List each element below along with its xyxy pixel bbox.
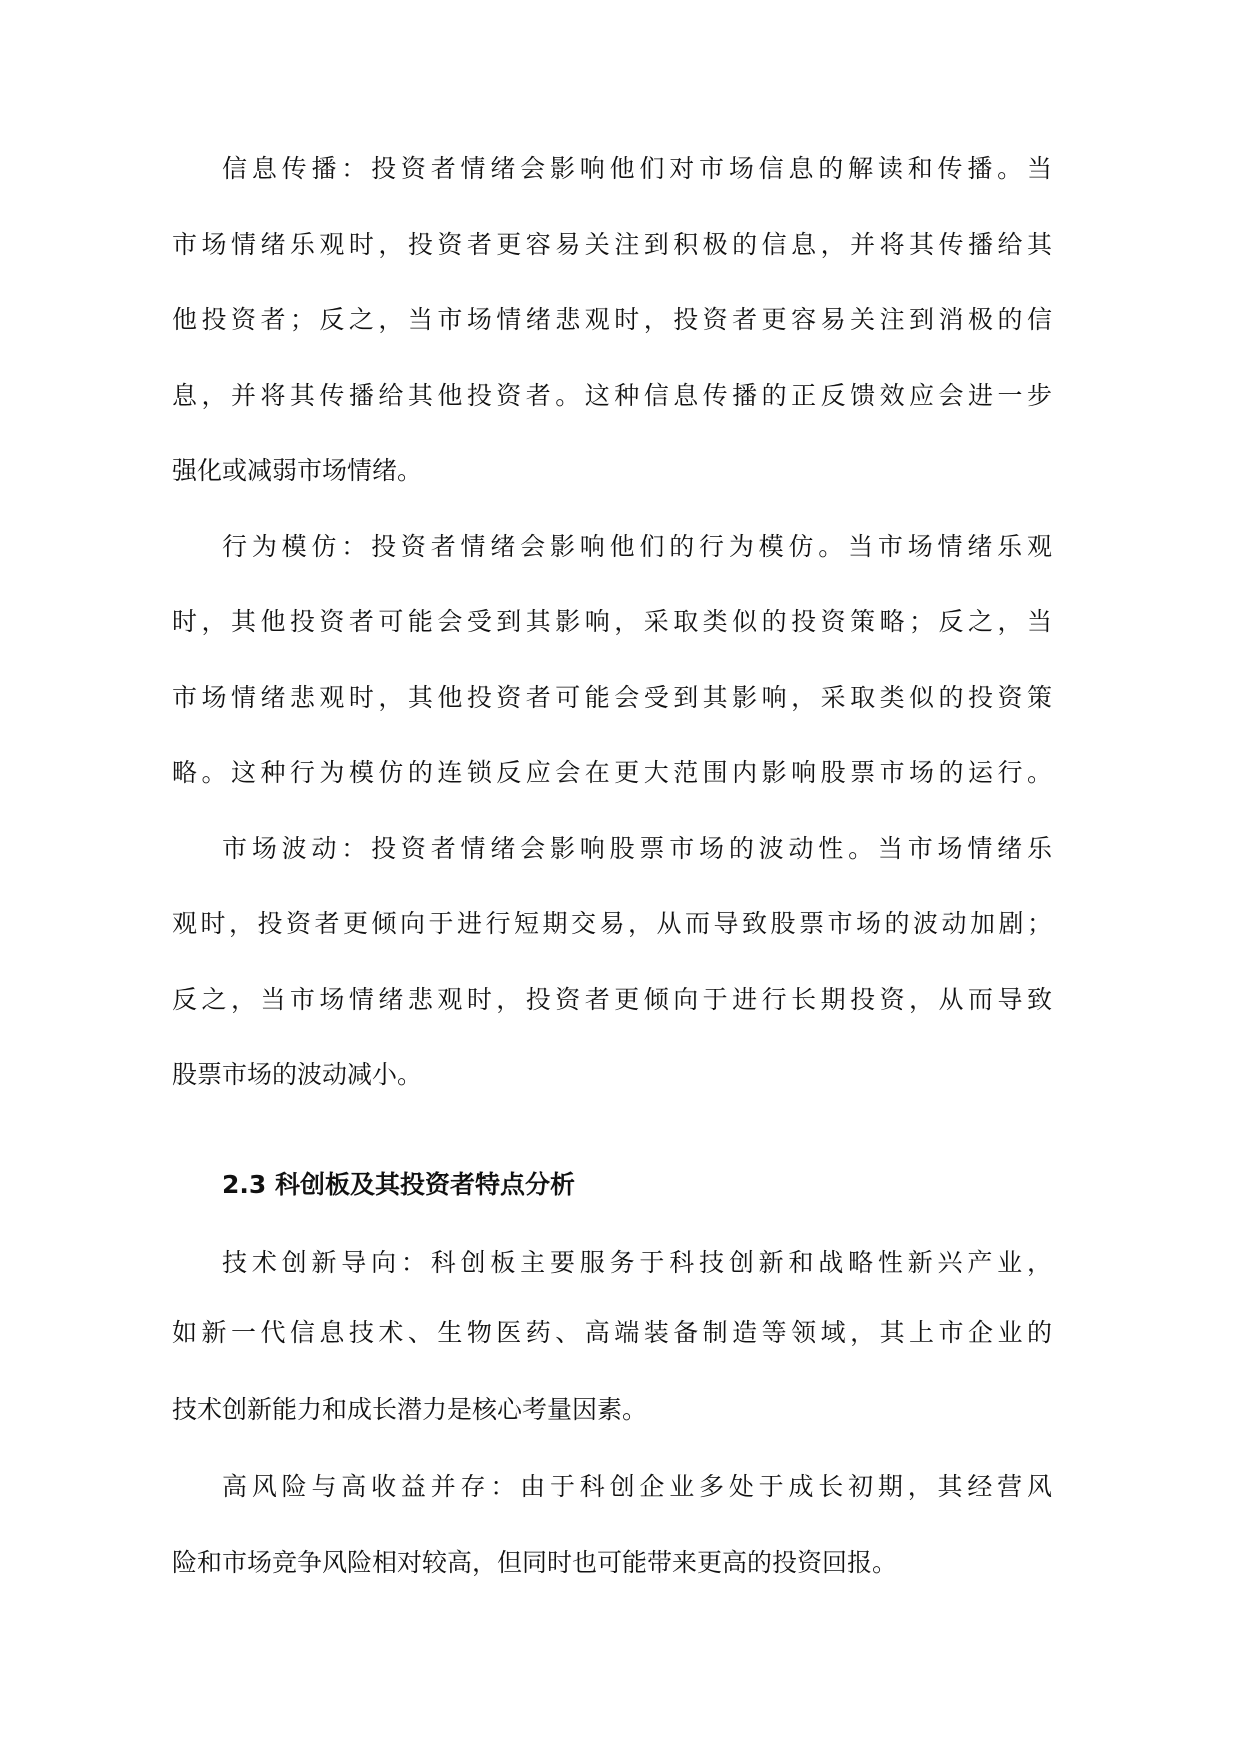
text-line: 略。这种行为模仿的连锁反应会在更大范围内影响股票市场的运行。 — [172, 758, 1052, 788]
document-page: 信息传播：投资者情绪会影响他们对市场信息的解读和传播。当 市场情绪乐观时，投资者… — [0, 0, 1241, 1754]
text-line: 市场情绪乐观时，投资者更容易关注到积极的信息，并将其传播给其 — [172, 230, 1052, 260]
text-line: 息，并将其传播给其他投资者。这种信息传播的正反馈效应会进一步 — [172, 381, 1052, 411]
section-heading: 2.3 科创板及其投资者特点分析 — [222, 1169, 575, 1201]
text-line: 险和市场竞争风险相对较高，但同时也可能带来更高的投资回报。 — [172, 1548, 1052, 1578]
text-line: 反之，当市场情绪悲观时，投资者更倾向于进行长期投资，从而导致 — [172, 985, 1052, 1015]
text-line: 高风险与高收益并存：由于科创企业多处于成长初期，其经营风 — [222, 1472, 1052, 1502]
text-line: 时，其他投资者可能会受到其影响，采取类似的投资策略；反之，当 — [172, 607, 1052, 637]
text-line: 他投资者；反之，当市场情绪悲观时，投资者更容易关注到消极的信 — [172, 305, 1052, 335]
text-line: 观时，投资者更倾向于进行短期交易，从而导致股票市场的波动加剧； — [172, 909, 1052, 939]
text-line: 技术创新能力和成长潜力是核心考量因素。 — [172, 1395, 1052, 1425]
text-line: 市场情绪悲观时，其他投资者可能会受到其影响，采取类似的投资策 — [172, 683, 1052, 713]
text-line: 技术创新导向：科创板主要服务于科技创新和战略性新兴产业， — [222, 1248, 1052, 1278]
text-line: 强化或减弱市场情绪。 — [172, 456, 1052, 486]
text-line: 股票市场的波动减小。 — [172, 1060, 1052, 1090]
text-line: 市场波动：投资者情绪会影响股票市场的波动性。当市场情绪乐 — [222, 834, 1052, 864]
text-line: 如新一代信息技术、生物医药、高端装备制造等领域，其上市企业的 — [172, 1318, 1052, 1348]
text-line: 行为模仿：投资者情绪会影响他们的行为模仿。当市场情绪乐观 — [222, 532, 1052, 562]
text-line: 信息传播：投资者情绪会影响他们对市场信息的解读和传播。当 — [222, 154, 1052, 184]
